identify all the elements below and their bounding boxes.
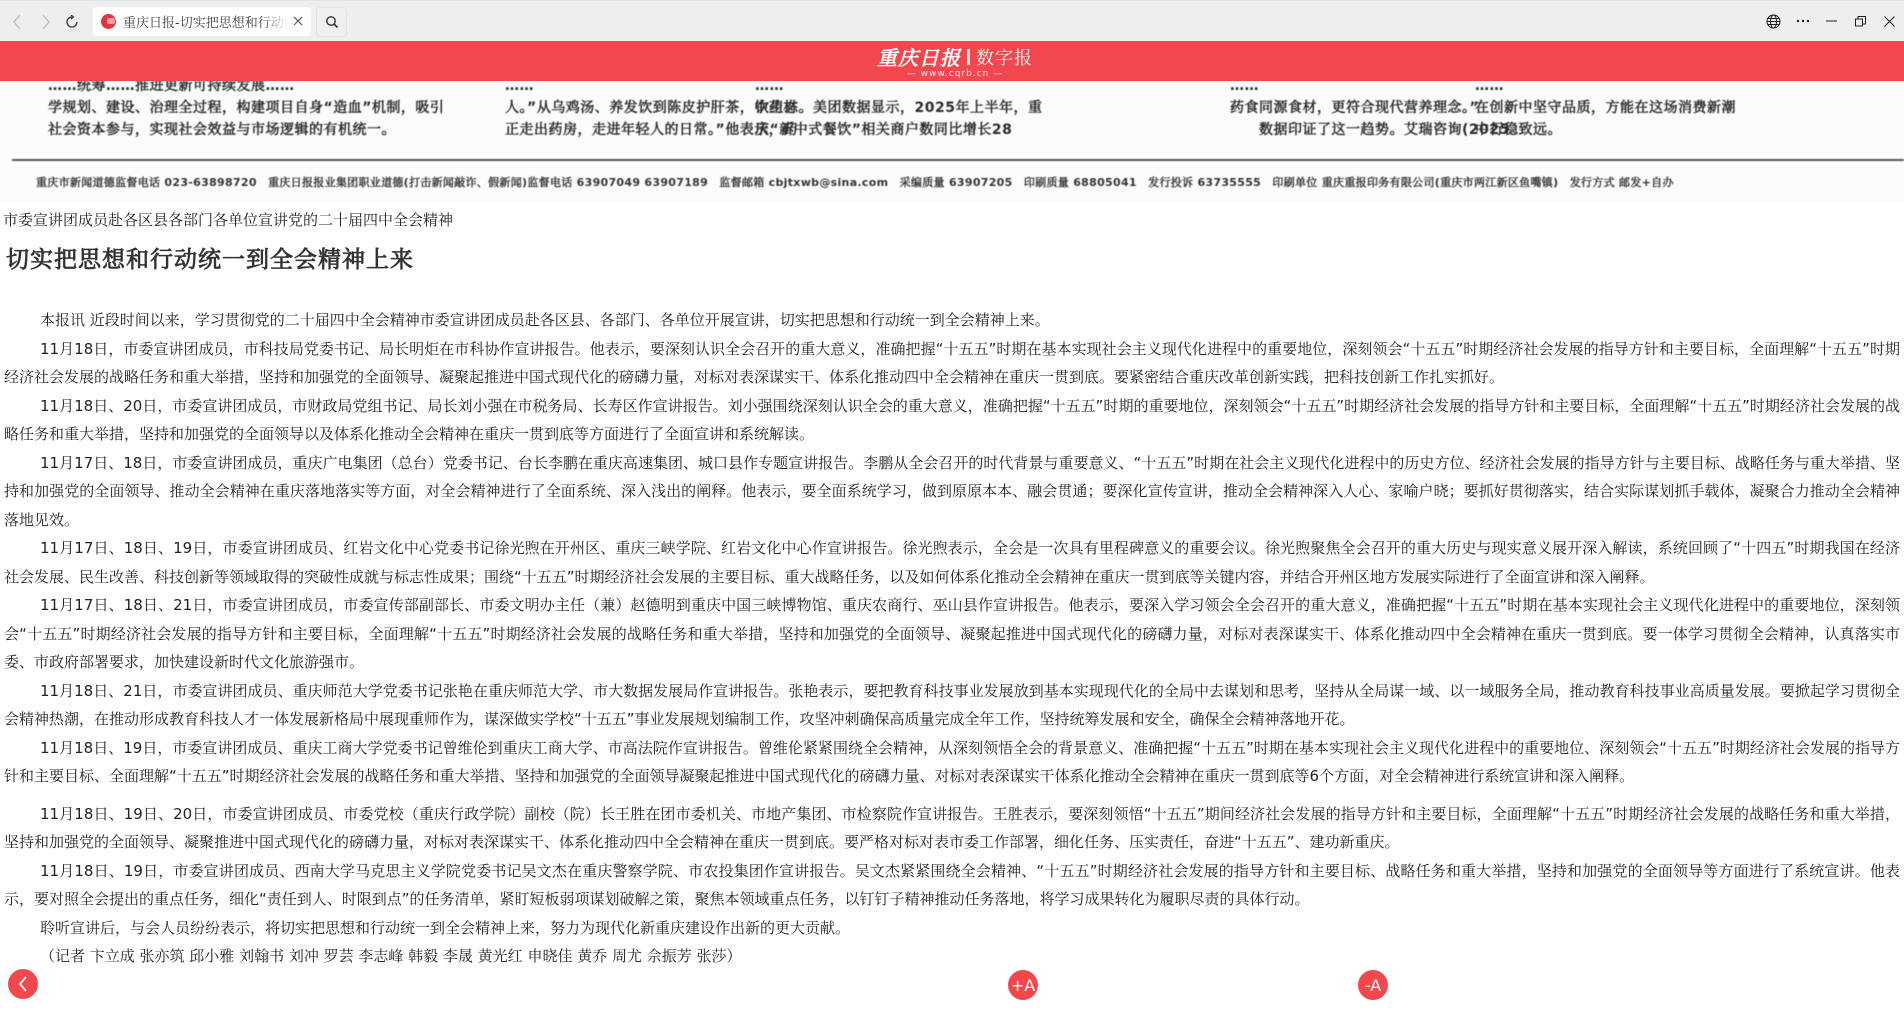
back-page-button[interactable] [8,969,38,999]
site-header: 重庆日报 数字报 — www.cqrb.cn — [0,41,1904,81]
minimize-icon [1826,20,1837,22]
article-paragraph: 11月18日、19日、20日，市委宣讲团成员、市委党校（重庆行政学院）副校（院）… [4,800,1900,857]
restore-button[interactable] [1846,16,1875,27]
search-button[interactable] [316,7,347,37]
article-paragraph: 11月18日、19日，市委宣讲团成员、西南大学马克思主义学院党委书记吴文杰在重庆… [4,857,1900,914]
newspaper-page-image[interactable]: ……统筹……推进更新可持续发展……学规划、建设、治理全过程，构建项目自身“造血”… [0,81,1904,201]
logo-subtitle: 数字报 [976,44,1033,70]
reload-icon [65,15,79,29]
site-logo[interactable]: 重庆日报 数字报 — www.cqrb.cn — [875,42,1035,79]
article-paragraph: 11月18日、21日，市委宣讲团成员、重庆师范大学党委书记张艳在重庆师范大学、市… [4,677,1900,734]
article-paragraph: 11月18日，市委宣讲团成员，市科技局党委书记、局长明炬在市科协作宣讲报告。他表… [4,335,1900,392]
chevron-left-icon [12,14,22,30]
scan-column: ……在创新中坚守品质，方能在这场消费新潮中行稳致远。 [1475,81,1736,141]
chevron-right-icon [41,14,51,30]
reload-button[interactable] [60,10,84,34]
article-byline: （记者 卞立成 张亦筑 邱小雅 刘翰书 刘冲 罗芸 李志峰 韩毅 李晟 黄光红 … [4,942,1900,971]
restore-icon [1855,16,1866,27]
article-paragraph: 聆听宣讲后，与会人员纷纷表示，将切实把思想和行动统一到全会精神上来，努力为现代化… [4,914,1900,943]
close-window-button[interactable] [1875,16,1904,27]
window-controls [1759,9,1904,33]
scan-footer: 重庆市新闻道德监督电话 023-63898720 重庆日报报业集团职业道德(打击… [36,174,1674,190]
scan-column: ……统筹……推进更新可持续发展……学规划、建设、治理全过程，构建项目自身“造血”… [48,81,444,141]
article-headline: 切实把思想和行动统一到全会精神上来 [6,241,414,274]
scan-column: ……药食同源食材，更符合现代营养理念。” 数据印证了这一趋势。艾瑞咨询(2025 [1230,81,1510,141]
logo-title: 重庆日报 [877,42,961,71]
logo-url: — www.cqrb.cn — [875,69,1035,79]
scan-divider [12,159,1904,161]
article-paragraph: 11月17日、18日，市委宣讲团成员，重庆广电集团（总台）党委书记、台长李鹏在重… [4,449,1900,535]
article-paragraph: 11月17日、18日、21日，市委宣讲团成员，市委宣传部副部长、市委文明办主任（… [4,591,1900,677]
article-subtitle: 市委宣讲团成员赴各区县各部门各单位宣讲党的二十届四中全会精神 [3,209,453,230]
search-icon [325,15,339,29]
tab-title: 重庆日报-切实把思想和行动统一到全会精神上来 [123,12,288,31]
chevron-left-icon [18,976,28,992]
forward-button[interactable] [34,10,58,34]
scan-column: ……饮生态。美团数据显示，2025年上半年，重庆“新中式餐饮”相关商户数同比增长… [755,81,1042,141]
scan-column: ……人。”从乌鸡汤、养发饮到陈皮护肝茶，中药材正走出药房，走进年轻人的日常。”他… [505,81,798,141]
more-icon [1796,19,1810,23]
article-paragraph: 11月17日、18日、19日，市委宣讲团成员、红岩文化中心党委书记徐光煦在开州区… [4,534,1900,591]
logo-divider [967,49,970,65]
browser-toolbar: 重庆日报-切实把思想和行动统一到全会精神上来 [0,0,1904,41]
article-body: 本报讯 近段时间以来，学习贯彻党的二十届四中全会精神市委宣讲团成员赴各区县、各部… [4,306,1900,971]
translate-button[interactable] [1759,14,1788,29]
article-paragraph: 11月18日、20日，市委宣讲团成员，市财政局党组书记、局长刘小强在市税务局、长… [4,392,1900,449]
font-decrease-button[interactable]: -A [1358,970,1388,1000]
back-button[interactable] [5,10,29,34]
close-icon [293,16,303,26]
article-paragraph: 11月18日、19日，市委宣讲团成员、重庆工商大学党委书记曾维伦到重庆工商大学、… [4,734,1900,791]
article-paragraph: 本报讯 近段时间以来，学习贯彻党的二十届四中全会精神市委宣讲团成员赴各区县、各部… [4,306,1900,335]
cqrb-favicon-icon [101,14,116,29]
minimize-button[interactable] [1817,20,1846,22]
font-increase-button[interactable]: +A [1008,970,1038,1000]
globe-icon [1766,14,1781,29]
close-tab-button[interactable] [293,14,303,30]
more-button[interactable] [1788,19,1817,23]
browser-tab[interactable]: 重庆日报-切实把思想和行动统一到全会精神上来 [93,7,311,36]
close-icon [1884,16,1895,27]
